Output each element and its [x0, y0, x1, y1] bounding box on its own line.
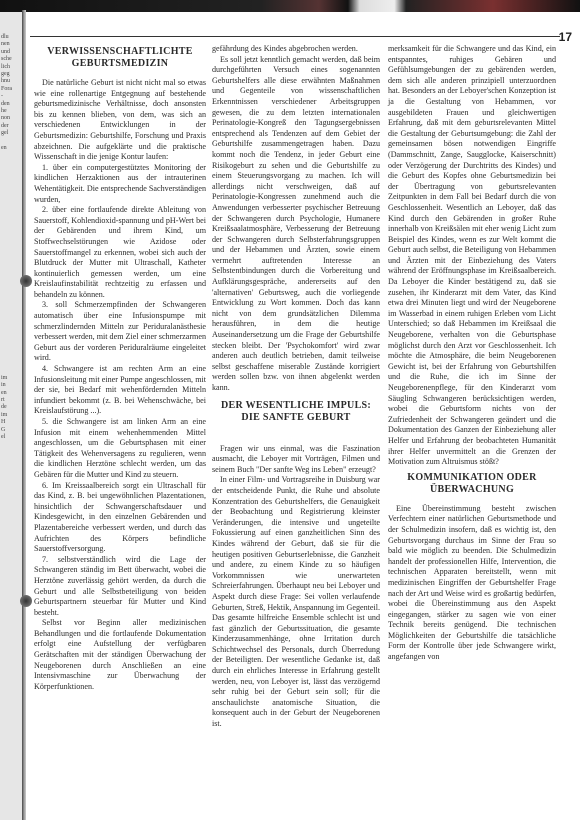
column-1: VERWISSENSCHAFTLICHTE GEBURTSMEDIZIN Die…	[34, 44, 206, 692]
header-rule	[30, 36, 560, 37]
adjacent-page-margin: dlu nen und sche lich geg hnu Fora - den…	[0, 12, 22, 820]
punch-hole-icon	[20, 275, 32, 287]
paragraph: 6. Im Kreissaalbereich sorgt ein Ultrasc…	[34, 481, 206, 555]
paragraph: Selbst vor Beginn aller medizinischen Be…	[34, 618, 206, 692]
paragraph: 2. über eine fortlaufende direkte Ableit…	[34, 205, 206, 300]
adjacent-page-text: dlu nen und sche lich geg hnu Fora - den…	[0, 12, 22, 441]
paragraph: Fragen wir uns einmal, was die Faszinati…	[212, 444, 380, 476]
scan-top-edge	[0, 0, 580, 12]
page-number: 17	[559, 30, 572, 44]
column-3: merksamkeit für die Schwangere und das K…	[388, 44, 556, 663]
paragraph: Es soll jetzt kenntlich gemacht werden, …	[212, 55, 380, 394]
column-2: gefährdung des Kindes abgebrochen werden…	[212, 44, 380, 730]
section-heading: VERWISSENSCHAFTLICHTE GEBURTSMEDIZIN	[34, 46, 206, 70]
paragraph: Eine Übereinstimmung besteht zwischen Ve…	[388, 504, 556, 663]
paragraph: In einer Film- und Vortragsreihe in Duis…	[212, 475, 380, 729]
paragraph: Die natürliche Geburt ist nicht nicht ma…	[34, 78, 206, 163]
book-spine-shadow	[22, 10, 26, 820]
section-heading: DER WESENTLICHE IMPULS: DIE SANFTE GEBUR…	[212, 400, 380, 424]
punch-hole-icon	[20, 595, 32, 607]
paragraph: 4. Schwangere ist am rechten Arm an eine…	[34, 364, 206, 417]
paragraph: 1. über ein computergestütztes Monitorin…	[34, 163, 206, 205]
section-heading: KOMMUNIKATION ODER ÜBERWACHUNG	[388, 472, 556, 496]
paragraph: gefährdung des Kindes abgebrochen werden…	[212, 44, 380, 55]
paragraph: 7. selbstverständlich wird die Lage der …	[34, 555, 206, 619]
paragraph: 5. die Schwangere ist am linken Arm an e…	[34, 417, 206, 481]
paragraph: merksamkeit für die Schwangere und das K…	[388, 44, 556, 468]
paragraph: 3. soll Schmerzempfinden der Schwangeren…	[34, 300, 206, 364]
